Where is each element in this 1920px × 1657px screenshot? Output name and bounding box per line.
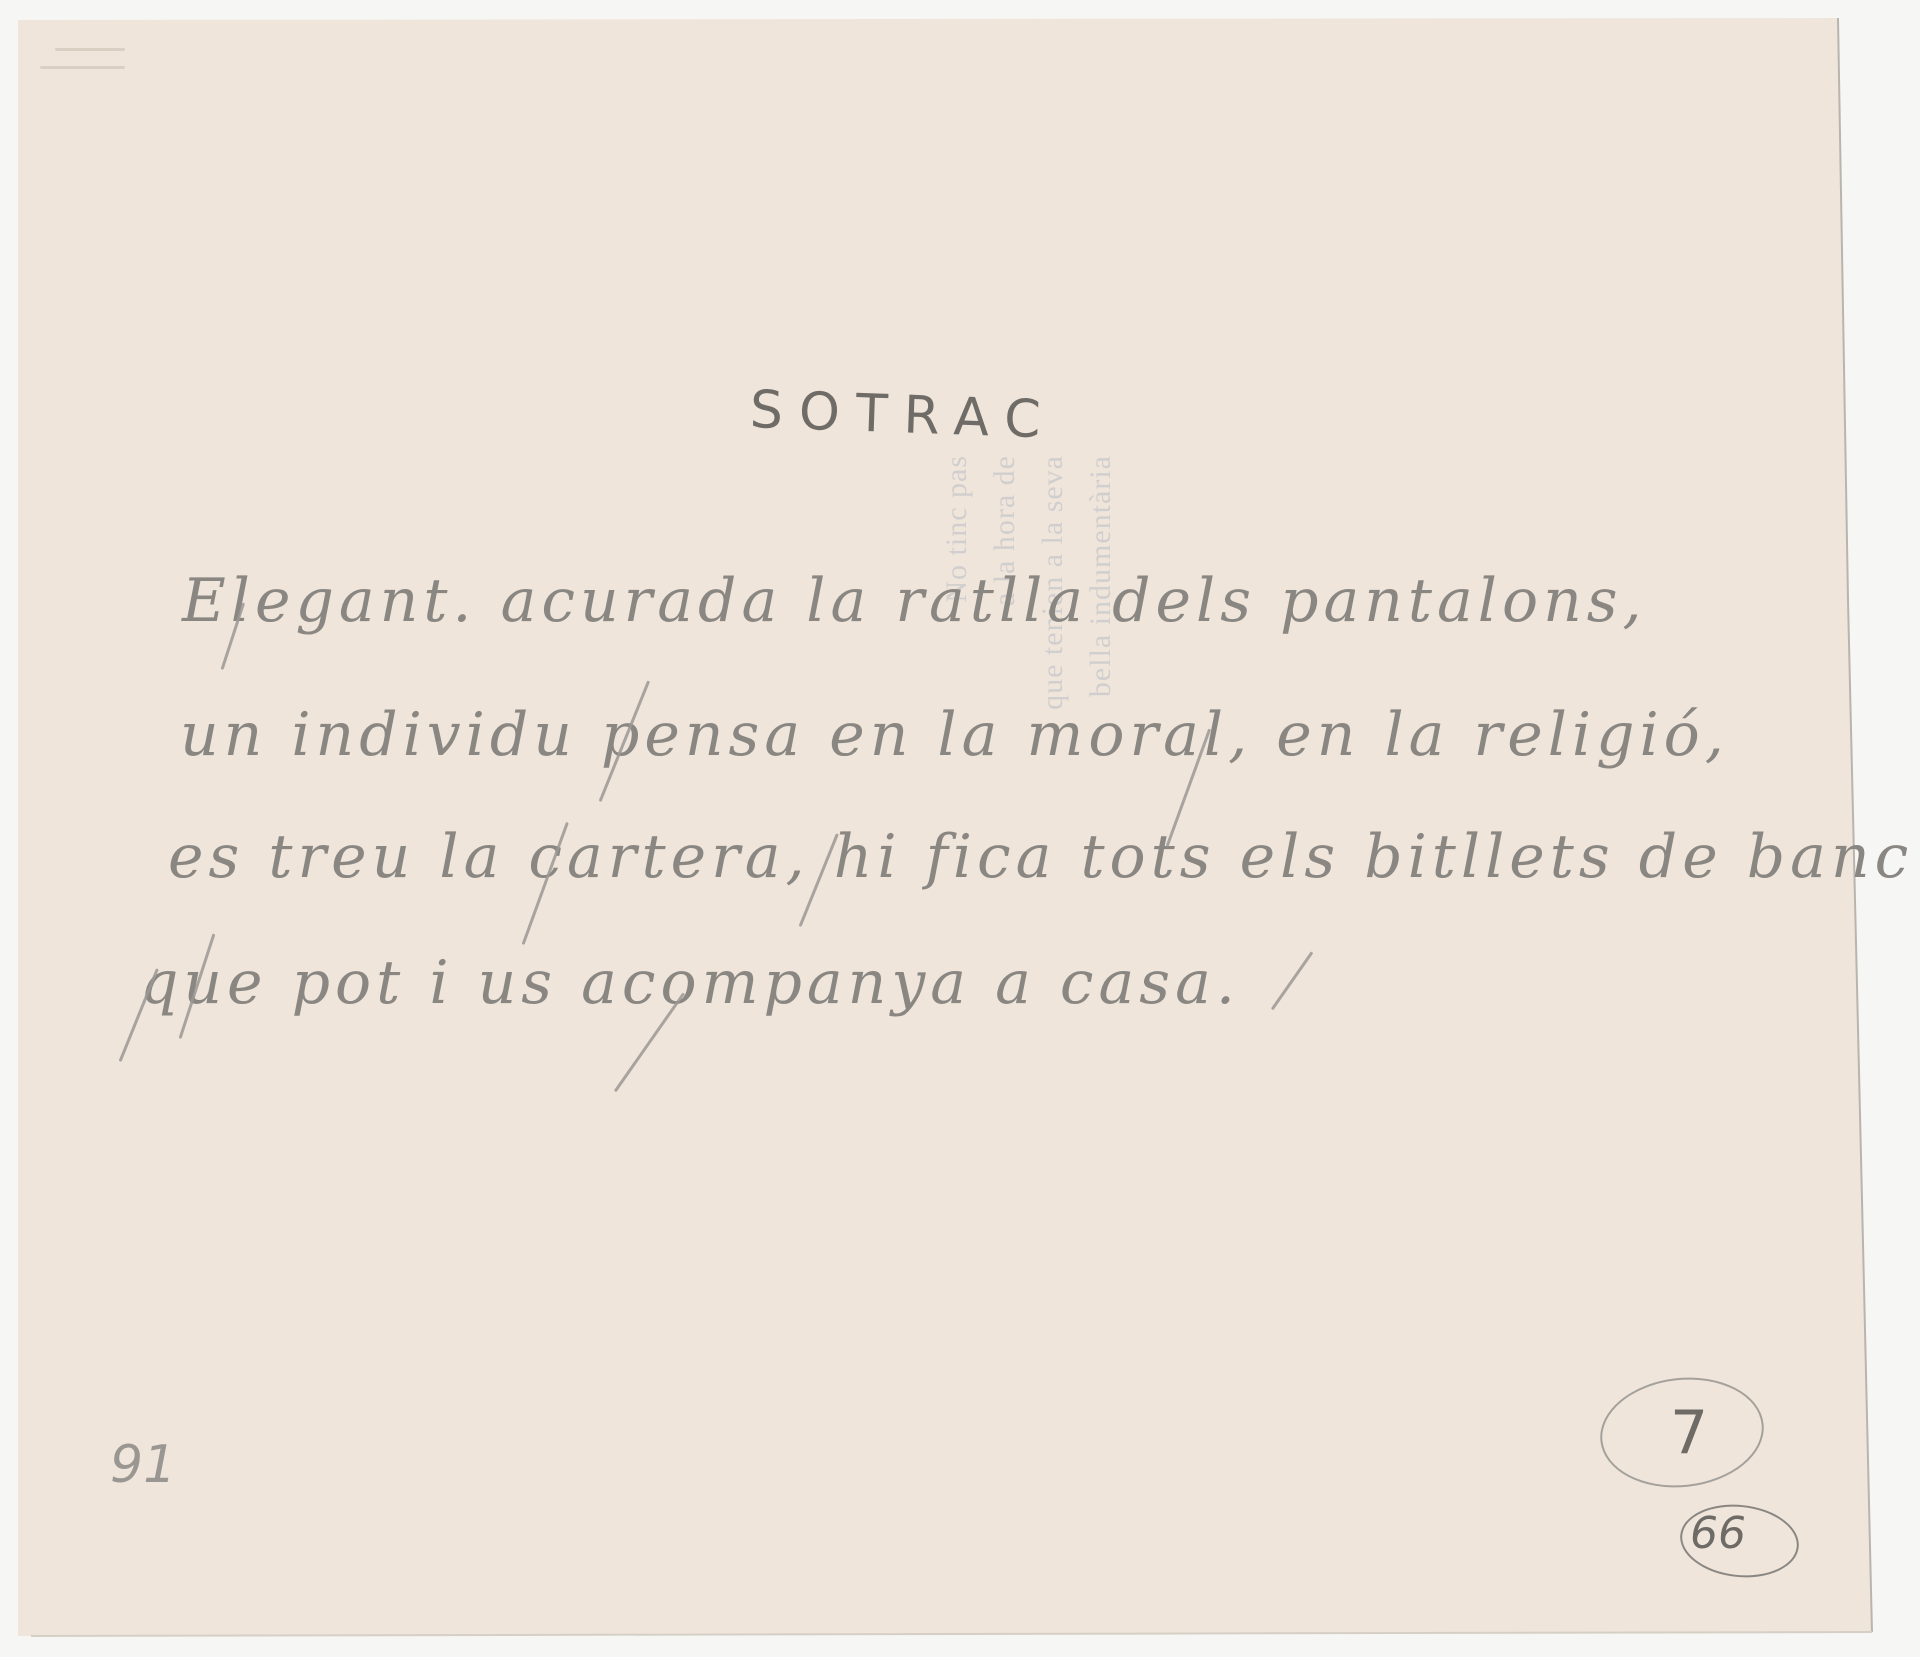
document-title: SOTRAC — [749, 380, 1058, 451]
text-line-4: que pot i us acompanya a casa. — [140, 948, 1240, 1018]
folio-number: 7 — [1670, 1398, 1708, 1468]
text-line-2: un individu pensa en la moral, en la rel… — [180, 700, 1729, 770]
text-line-1: Elegant. acurada la ratlla dels pantalon… — [182, 566, 1647, 636]
page-number: 91 — [110, 1435, 176, 1495]
text-line-3: es treu la cartera, hi fica tots els bit… — [168, 822, 1913, 892]
folio-sub-number: 66 — [1690, 1508, 1746, 1559]
